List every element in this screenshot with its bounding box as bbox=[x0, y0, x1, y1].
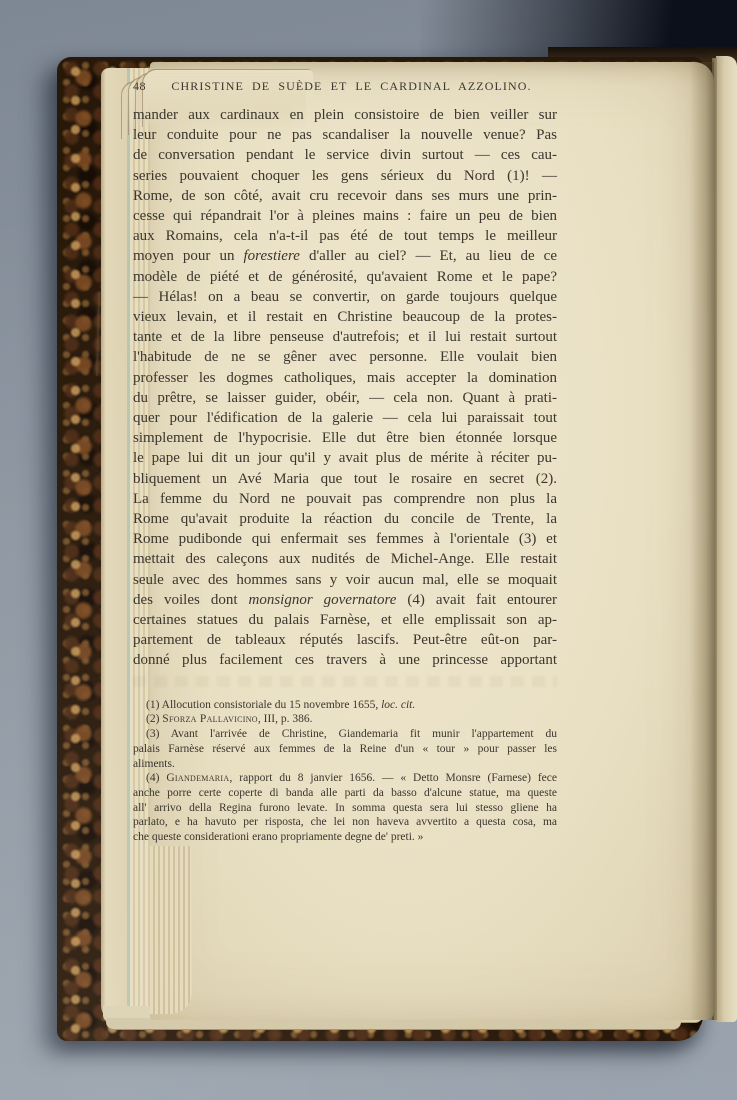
footnotes: (1) Allocution consistoriale du 15 novem… bbox=[133, 698, 557, 845]
page-fore-edge bbox=[101, 68, 127, 1020]
body-line: tante et de la libre penseuse d'autrefoi… bbox=[133, 327, 557, 347]
footnote-line: anche porre certe coperte di banda alle … bbox=[133, 786, 557, 801]
body-line: mander aux cardinaux en plein consistoir… bbox=[133, 105, 557, 125]
body-line: le pape lui dit un jour qu'il y avait pl… bbox=[133, 448, 557, 468]
body-line: series pouvaient choquer les gens sérieu… bbox=[133, 166, 557, 186]
footnote-line: all' arrivo della Regina furono levate. … bbox=[133, 801, 557, 816]
body-line: Rome qu'avait produite la réaction du co… bbox=[133, 509, 557, 529]
body-line: simplement de l'hypocrisie. Elle dut êtr… bbox=[133, 428, 557, 448]
adjacent-page-sliver bbox=[716, 56, 737, 1022]
body-line: — Hélas! on a beau se convertir, on gard… bbox=[133, 287, 557, 307]
text-column: 48 CHRISTINE DE SUÈDE ET LE CARDINAL AZZ… bbox=[133, 79, 557, 845]
footnote-line: (2) Sforza Pallavicino, III, p. 386. bbox=[133, 712, 557, 727]
body-line: Rome pudibonde qui enfermait ses femmes … bbox=[133, 529, 557, 549]
body-line: leur conduite pour ne pas scandaliser la… bbox=[133, 125, 557, 145]
footnote-line: che queste considerationi erano propriam… bbox=[133, 830, 557, 845]
body-text: mander aux cardinaux en plein consistoir… bbox=[133, 105, 557, 671]
body-line: modèle de piété et de générosité, qu'ava… bbox=[133, 267, 557, 287]
body-line: certaines statues du palais Farnèse, et … bbox=[133, 610, 557, 630]
gutter-shadow bbox=[690, 62, 714, 1020]
running-title: CHRISTINE DE SUÈDE ET LE CARDINAL AZZOLI… bbox=[146, 79, 557, 94]
running-header: 48 CHRISTINE DE SUÈDE ET LE CARDINAL AZZ… bbox=[133, 79, 557, 95]
footnote-line: (1) Allocution consistoriale du 15 novem… bbox=[133, 698, 557, 713]
body-line: quer pour l'édification de la galerie — … bbox=[133, 408, 557, 428]
footnote-line: (3) Avant l'arrivée de Christine, Giande… bbox=[133, 727, 557, 742]
body-line: aux Romains, cela n'a-t-il pas été de to… bbox=[133, 226, 557, 246]
page-edges-bottom-curve bbox=[150, 846, 192, 1014]
body-line: des voiles dont monsignor governatore (4… bbox=[133, 590, 557, 610]
body-line: de conversation pendant le service divin… bbox=[133, 145, 557, 165]
body-line: moyen pour un forestiere d'aller au ciel… bbox=[133, 246, 557, 266]
body-line: La femme du Nord ne pouvait pas comprend… bbox=[133, 489, 557, 509]
page-number: 48 bbox=[133, 79, 146, 94]
footnote-line: (4) Giandemaria, rapport du 8 janvier 16… bbox=[133, 771, 557, 786]
body-line: bliquement un Avé Maria que tout le rosa… bbox=[133, 469, 557, 489]
body-line: mettait des caleçons aux nudités de Mich… bbox=[133, 549, 557, 569]
footnote-line: aliments. bbox=[133, 757, 557, 772]
body-line: seule avec des hommes sans y voir aucun … bbox=[133, 570, 557, 590]
footnote-line: parlato, e ha havuto per risposta, che l… bbox=[133, 815, 557, 830]
photo-of-open-book: 48 CHRISTINE DE SUÈDE ET LE CARDINAL AZZ… bbox=[0, 0, 737, 1100]
footnote-line: palais Farnèse réservé aux femmes de la … bbox=[133, 742, 557, 757]
body-line: professer les dogmes catholiques, mais a… bbox=[133, 368, 557, 388]
body-line: l'habitude de ne se gêner avec personne.… bbox=[133, 347, 557, 367]
body-line: du prêtre, se laisser guider, obéir, — c… bbox=[133, 388, 557, 408]
body-line: partement de tableaux réputés lascifs. P… bbox=[133, 630, 557, 650]
body-line: vieux levain, et il restait en Christine… bbox=[133, 307, 557, 327]
body-line: donné plus facilement ces travers à une … bbox=[133, 650, 557, 670]
body-line: Rome, de son côté, avait cru recevoir da… bbox=[133, 186, 557, 206]
body-line: cesse qui répandrait l'or à pleines main… bbox=[133, 206, 557, 226]
